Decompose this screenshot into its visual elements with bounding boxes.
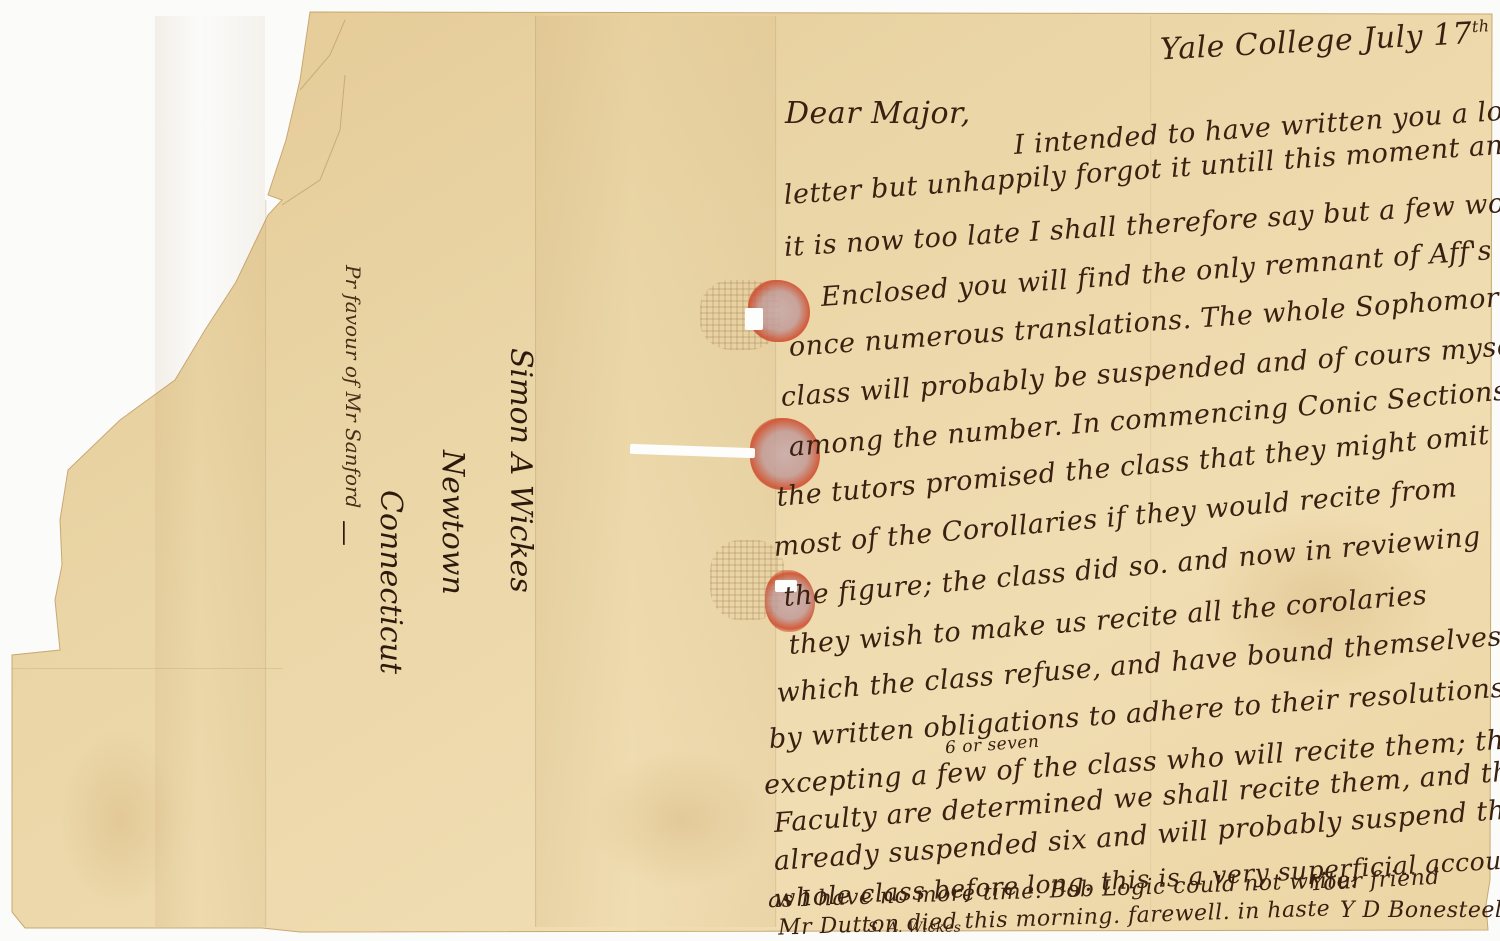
dateline-ordinal: th: [1471, 16, 1490, 36]
address-town: Newtown: [435, 450, 470, 595]
letter-signature: Y D Bonesteel: [1340, 898, 1500, 923]
address-recipient: Simon A Wickes: [503, 348, 538, 593]
address-flourish: —: [330, 520, 360, 546]
letter-salutation: Dear Major,: [785, 96, 971, 131]
address-state: Connecticut: [373, 490, 408, 674]
paper-tear: [745, 308, 763, 330]
dateline-date: July 17: [1362, 16, 1473, 57]
panel-shade: [155, 16, 265, 927]
panel-shade: [535, 16, 775, 927]
fold-line: [265, 200, 267, 927]
address-delivery-note: Pr favour of Mr Sanford: [341, 265, 365, 508]
fold-line: [12, 668, 282, 670]
footer-note-name: S. A. Wickes: [868, 920, 961, 936]
